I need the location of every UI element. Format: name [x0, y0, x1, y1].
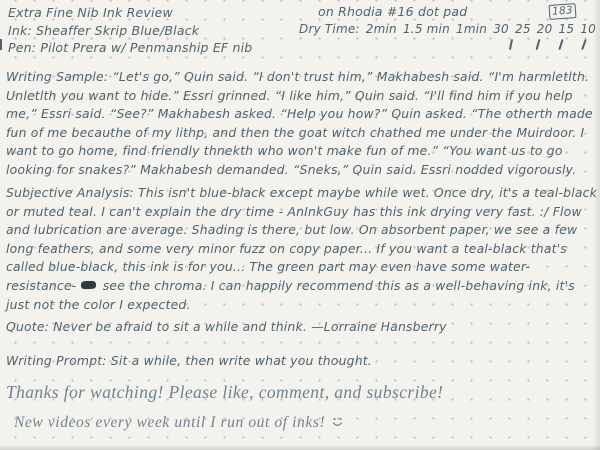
review-title: Extra Fine Nib Ink Review — [8, 4, 252, 22]
writing-sample-paragraph: Writing Sample: “Let's go,” Quin said. “… — [6, 68, 597, 180]
dry-time-stroke — [0, 39, 2, 50]
writing-prompt-line: Writing Prompt: Sit a while, then write … — [6, 352, 597, 371]
dry-time-row: Dry Time: 2min 1.5 min 1min 30 25 20 15 … — [299, 22, 596, 36]
scribbled-out-word — [80, 281, 95, 290]
dry-time-value: 1min — [456, 22, 487, 36]
notebook-page: Extra Fine Nib Ink Review Ink: Sheaffer … — [0, 0, 600, 450]
thanks-line: Thanks for watching! Please like, commen… — [6, 382, 443, 403]
dry-time-label: Dry Time: — [299, 22, 360, 36]
subjective-analysis-paragraph: Subjective Analysis: This isn't blue-bla… — [6, 184, 597, 314]
dry-time-stroke — [536, 39, 541, 50]
page-number-box: 183 — [549, 3, 577, 20]
smiley-face-icon — [331, 416, 344, 434]
pen-line: Pen: Pilot Prera w/ Penmanship EF nib — [8, 39, 252, 57]
analysis-text-part1: Subjective Analysis: This isn't blue-bla… — [6, 185, 597, 293]
dry-time-stroke — [558, 39, 563, 50]
dry-time-value: 15 — [559, 22, 575, 36]
paper-note: on Rhodia #16 dot pad — [318, 4, 467, 19]
paper-edge-shadow — [593, 0, 600, 450]
videos-line-text: New videos every week until I run out of… — [14, 414, 325, 431]
quote-line: Quote: Never be afraid to sit a while an… — [6, 318, 597, 337]
dry-time-stroke — [509, 39, 513, 50]
ink-line: Ink: Sheaffer Skrip Blue/Black — [8, 22, 252, 40]
page-number: 183 — [552, 4, 573, 17]
page: { "colors": { "ink": "#4d6470", "ink-lig… — [0, 0, 600, 450]
dry-time-value: 2min — [366, 22, 397, 36]
videos-line: New videos every week until I run out of… — [14, 414, 344, 434]
dry-time-value: 1.5 min — [403, 22, 450, 36]
dry-time-stroke — [581, 39, 586, 50]
paper-edge-shadow — [0, 445, 600, 450]
dry-time-value: 25 — [515, 22, 531, 36]
dry-time-value: 20 — [537, 22, 553, 36]
header-left: Extra Fine Nib Ink Review Ink: Sheaffer … — [8, 4, 252, 57]
dry-time-value: 30 — [493, 22, 509, 36]
